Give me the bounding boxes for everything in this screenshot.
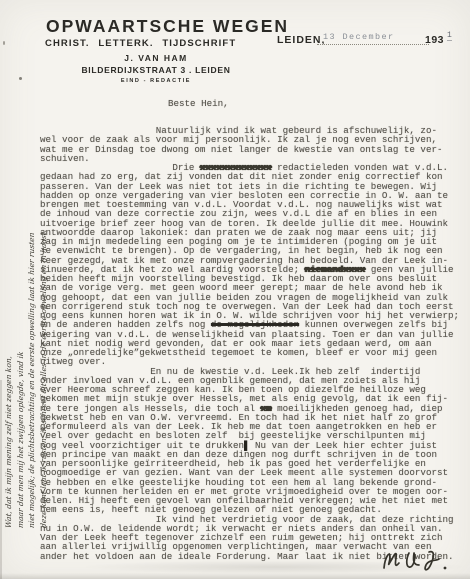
editor-name: J. VAN HAM <box>56 53 256 63</box>
margin-note-handwritten: Wat, dat ik mijn mening zelf niet zeggen… <box>3 228 50 528</box>
salutation: Beste Hein, <box>168 98 229 109</box>
letterhead-title: OPWAARTSCHE WEGEN <box>46 16 289 37</box>
margin-note-line: niet mogelijk; de plichtsbetrachting en … <box>26 227 38 528</box>
ink-speck <box>3 41 5 45</box>
margin-note-line: maar dat men mij het zwijgen oplegde, vi… <box>15 227 27 528</box>
letterhead-subtitle: CHRIST. LETTERK. TIJDSCHRIFT <box>45 38 236 49</box>
typed-year-digit: 1 <box>447 31 452 41</box>
letter-body: Natuurlijk vind ik wat gebeurd is afschu… <box>40 126 466 561</box>
letterhead-editor-block: J. VAN HAM BILDERDIJKSTRAAT 3 . LEIDEN E… <box>56 53 256 84</box>
margin-note-line: deze kant laat ik rusten; ik schreef dit… <box>38 227 50 528</box>
margin-note-line: Wat, dat ik mijn mening zelf niet zeggen… <box>3 227 15 528</box>
scan-left-edge <box>0 380 2 579</box>
scan-bottom-edge <box>0 573 470 579</box>
letter-line: wat me er Dinsdag toe dwong om niet lang… <box>40 145 466 154</box>
printed-year: 193 <box>425 34 444 46</box>
ink-speck <box>19 77 22 80</box>
typed-text: wat me er Dinsdag toe dwong om niet lang… <box>40 144 442 155</box>
editor-address: BILDERDIJKSTRAAT 3 . LEIDEN <box>56 65 256 75</box>
editor-role: EIND - REDACTIE <box>56 78 256 84</box>
scan-shadow <box>80 560 470 574</box>
typed-date: 13 December <box>317 32 429 45</box>
letter-paper: OPWAARTSCHE WEGEN CHRIST. LETTERK. TIJDS… <box>0 0 470 579</box>
